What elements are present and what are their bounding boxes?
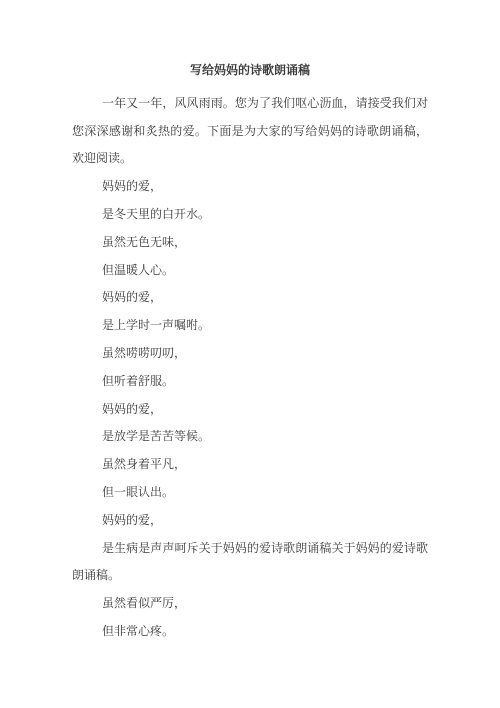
- poem-line: 是上学时一声嘱咐。: [72, 312, 428, 340]
- poem-line: 虽然无色无味，: [72, 229, 428, 257]
- poem-line: 虽然看似严厉，: [72, 590, 428, 618]
- poem-line: 是生病是声声呵斥关于妈妈的爱诗歌朗诵稿关于妈妈的爱诗歌朗诵稿。: [72, 535, 428, 591]
- intro-paragraph: 一年又一年，风风雨雨。您为了我们呕心沥血，请接受我们对您深深感谢和炙热的爱。下面…: [72, 90, 428, 173]
- poem-line: 妈妈的爱，: [72, 396, 428, 424]
- document-title: 写给妈妈的诗歌朗诵稿: [72, 57, 428, 85]
- poem-line: 妈妈的爱，: [72, 284, 428, 312]
- poem-line: 但非常心疼。: [72, 618, 428, 646]
- poem-line: 是冬天里的白开水。: [72, 201, 428, 229]
- document-page: 写给妈妈的诗歌朗诵稿 一年又一年，风风雨雨。您为了我们呕心沥血，请接受我们对您深…: [0, 0, 500, 708]
- poem-line: 但听着舒服。: [72, 368, 428, 396]
- poem-line: 虽然身着平凡，: [72, 451, 428, 479]
- poem-line: 虽然唠唠叨叨，: [72, 340, 428, 368]
- poem-line: 妈妈的爱，: [72, 173, 428, 201]
- poem-line: 妈妈的爱，: [72, 507, 428, 535]
- poem-line: 是放学是苦苦等候。: [72, 423, 428, 451]
- poem-line: 但一眼认出。: [72, 479, 428, 507]
- poem-line: 但温暖人心。: [72, 257, 428, 285]
